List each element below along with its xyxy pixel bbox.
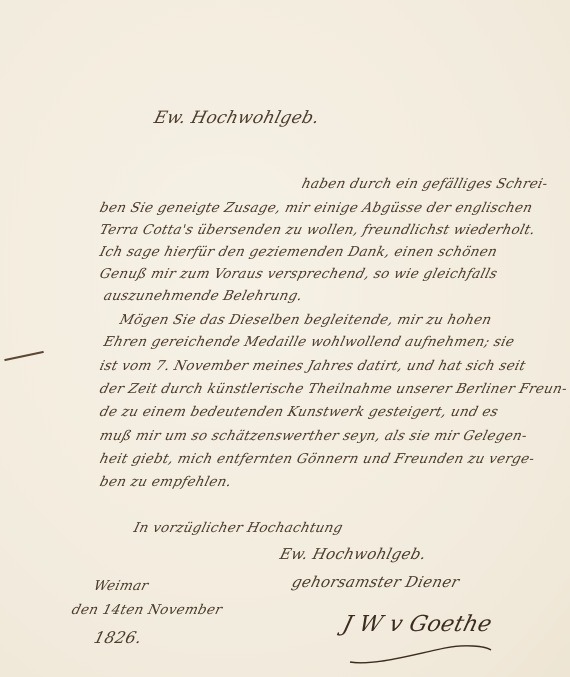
year: 1826. (92, 628, 144, 647)
body-line: der Zeit durch künstlerische Theilnahme … (98, 381, 569, 397)
body-line: auszunehmende Belehrung. (102, 288, 304, 304)
letter-page: Ew. Hochwohlgeb. haben durch ein gefälli… (0, 0, 570, 677)
body-line: ben Sie geneigte Zusage, mir einige Abgü… (98, 200, 534, 216)
closing-address: Ew. Hochwohlgeb. (278, 545, 428, 563)
margin-mark (4, 351, 43, 361)
date: den 14ten November (70, 602, 224, 618)
salutation: Ew. Hochwohlgeb. (152, 108, 321, 128)
closing-servant: gehorsamster Diener (290, 573, 461, 591)
signature-flourish-icon (345, 640, 495, 666)
closing-phrase: In vorzüglicher Hochachtung (132, 520, 345, 536)
body-line: de zu einem bedeutenden Kunstwerk gestei… (98, 404, 500, 420)
body-line: muß mir um so schätzenswerther seyn, als… (98, 428, 529, 444)
body-line: haben durch ein gefälliges Schrei- (300, 176, 549, 192)
signature: J W v Goethe (340, 612, 495, 637)
place: Weimar (92, 578, 150, 594)
body-line: Terra Cotta's übersenden zu wollen, freu… (98, 222, 537, 238)
body-line: ist vom 7. November meines Jahres datirt… (98, 358, 527, 374)
body-line: Genuß mir zum Voraus versprechend, so wi… (98, 266, 499, 282)
body-line: Ehren gereichende Medaille wohlwollend a… (102, 334, 516, 350)
body-line: ben zu empfehlen. (98, 474, 233, 490)
body-line: heit giebt, mich entfernten Gönnern und … (98, 451, 536, 467)
body-line: Mögen Sie das Dieselben begleitende, mir… (118, 312, 493, 328)
body-line: Ich sage hierfür den geziemenden Dank, e… (98, 244, 499, 260)
